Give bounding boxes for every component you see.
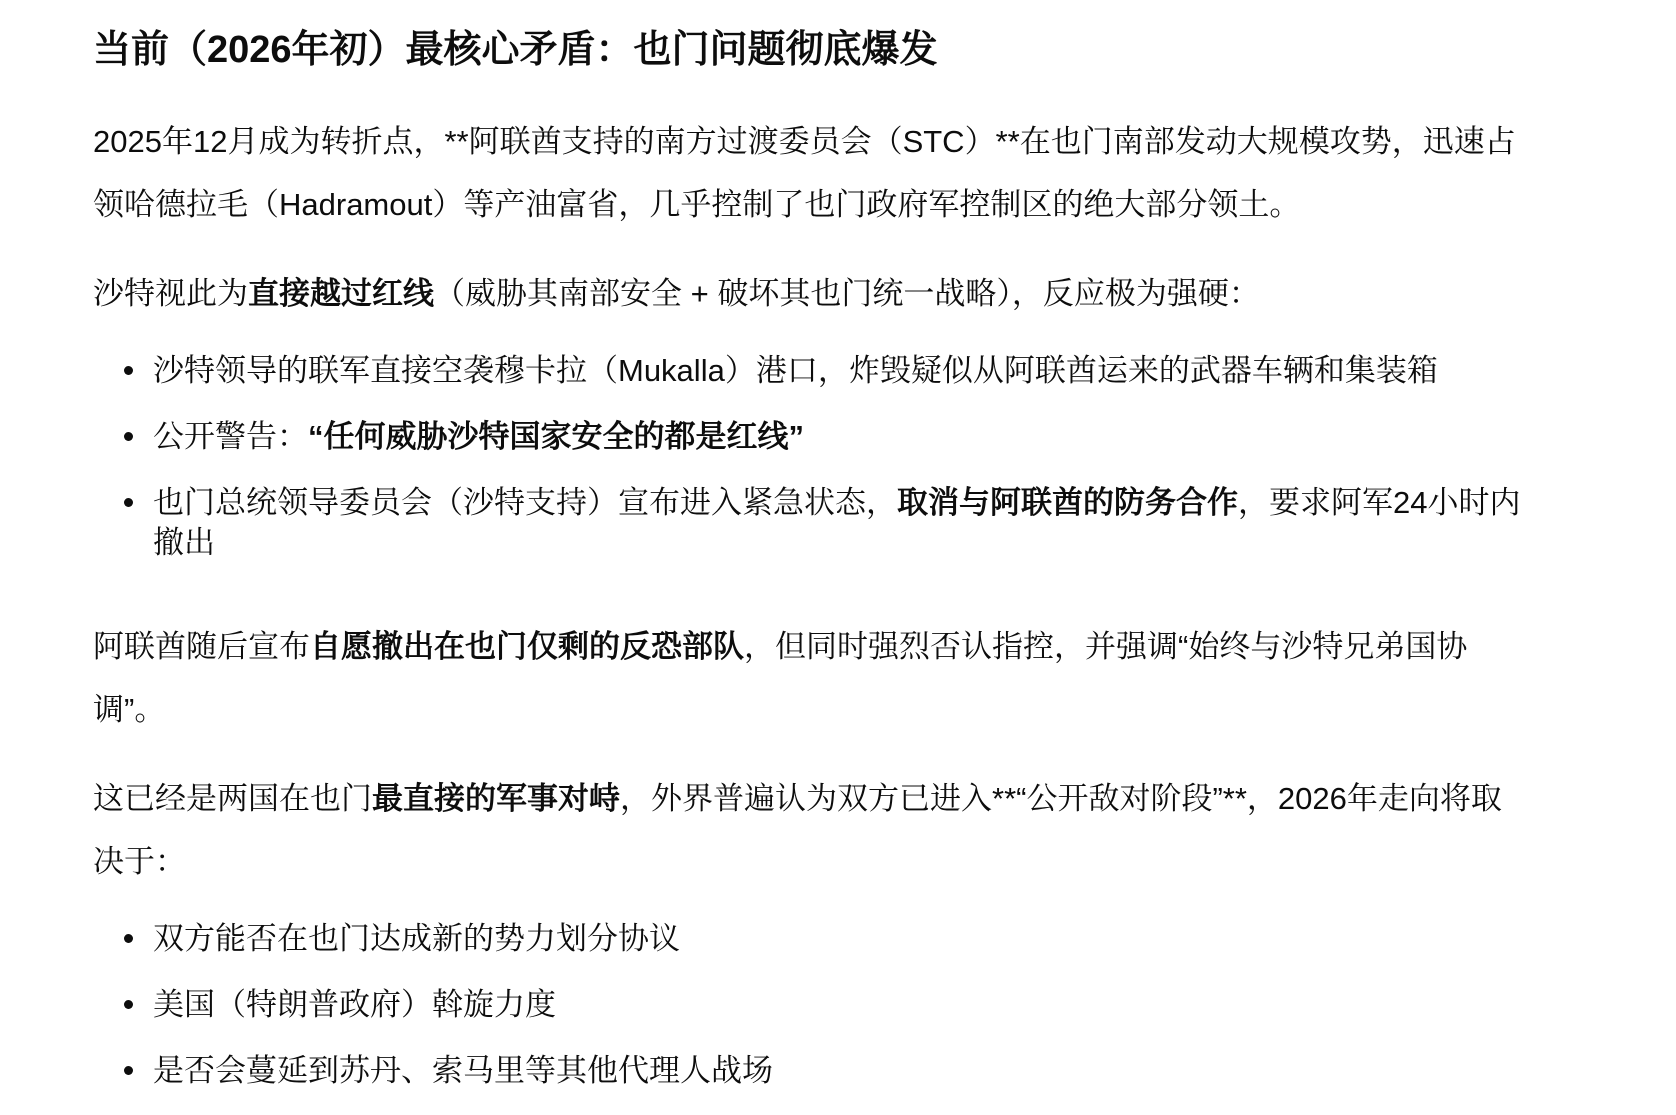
bullet-icon [124,1066,133,1075]
paragraph-uae-withdrawal: 阿联酋随后宣布自愿撤出在也门仅剩的反恐部队，但同时强烈否认指控，并强调“始终与沙… [93,615,1523,741]
text-run: （威胁其南部安全 + 破坏其也门统一战略），反应极为强硬： [434,276,1260,311]
bullet-icon [124,432,133,441]
bold-text-run: 自愿撤出在也门仅剩的反恐部队 [310,629,744,664]
bullet-list-saudi-reactions: 沙特领导的联军直接空袭穆卡拉（Mukalla）港口，炸毁疑似从阿联酋运来的武器车… [93,351,1523,563]
list-item-warning: 公开警告：“任何威胁沙特国家安全的都是红线” [93,417,1523,457]
bold-text-run: 直接越过红线 [248,276,434,311]
paragraph-confrontation: 这已经是两国在也门最直接的军事对峙，外界普遍认为双方已进入**“公开敌对阶段”*… [93,767,1523,893]
bullet-list-2026-factors: 双方能否在也门达成新的势力划分协议 美国（特朗普政府）斡旋力度 是否会蔓延到苏丹… [93,919,1523,1091]
list-item-us-mediation: 美国（特朗普政府）斡旋力度 [93,985,1523,1025]
bold-text-run: 取消与阿联酋的防务合作 [897,485,1238,520]
bold-text-run: 最直接的军事对峙 [372,781,620,816]
list-item-power-sharing: 双方能否在也门达成新的势力划分协议 [93,919,1523,959]
bullet-icon [124,498,133,507]
list-item-airstrike: 沙特领导的联军直接空袭穆卡拉（Mukalla）港口，炸毁疑似从阿联酋运来的武器车… [93,351,1523,391]
list-item-emergency: 也门总统领导委员会（沙特支持）宣布进入紧急状态，取消与阿联酋的防务合作，要求阿军… [93,483,1523,563]
bold-text-run: “任何威胁沙特国家安全的都是红线” [308,419,804,454]
paragraph-saudi-redline: 沙特视此为直接越过红线（威胁其南部安全 + 破坏其也门统一战略），反应极为强硬： [93,262,1523,325]
section-heading: 当前（2026年初）最核心矛盾：也门问题彻底爆发 [93,26,1523,74]
text-run: 阿联酋随后宣布 [93,629,310,664]
bullet-icon [124,934,133,943]
text-run: 是否会蔓延到苏丹、索马里等其他代理人战场 [153,1053,773,1088]
text-run: 公开警告： [153,419,308,454]
text-run: 美国（特朗普政府）斡旋力度 [153,987,556,1022]
text-run: 这已经是两国在也门 [93,781,372,816]
document-body: 当前（2026年初）最核心矛盾：也门问题彻底爆发 2025年12月成为转折点，*… [93,0,1523,1091]
text-run: 2025年12月成为转折点，**阿联酋支持的南方过渡委员会（STC）**在也门南… [93,124,1516,222]
list-item-proxy-spread: 是否会蔓延到苏丹、索马里等其他代理人战场 [93,1051,1523,1091]
bullet-icon [124,1000,133,1009]
paragraph-turning-point: 2025年12月成为转折点，**阿联酋支持的南方过渡委员会（STC）**在也门南… [93,110,1523,236]
text-run: 双方能否在也门达成新的势力划分协议 [153,921,680,956]
text-run: 也门总统领导委员会（沙特支持）宣布进入紧急状态， [153,485,897,520]
bullet-icon [124,366,133,375]
section-heading-text: 当前（2026年初）最核心矛盾：也门问题彻底爆发 [93,29,938,71]
text-run: 沙特领导的联军直接空袭穆卡拉（Mukalla）港口，炸毁疑似从阿联酋运来的武器车… [153,353,1438,388]
text-run: 沙特视此为 [93,276,248,311]
